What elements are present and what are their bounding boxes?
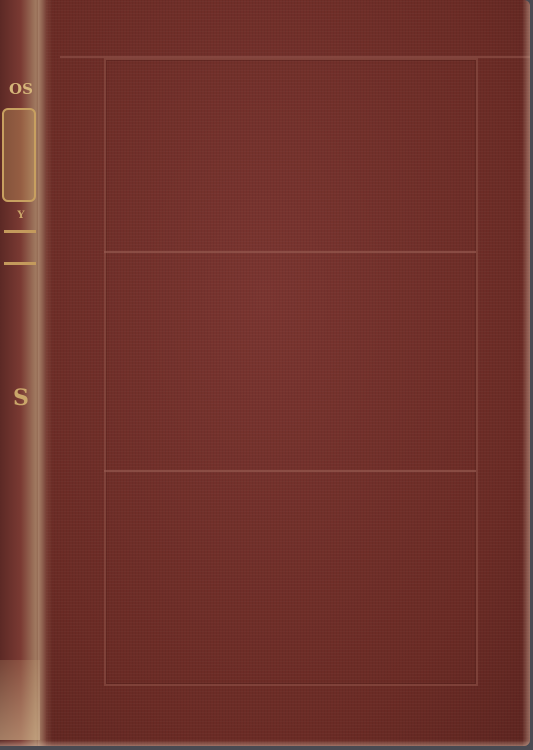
spine-gilt-label	[2, 108, 36, 202]
blind-rule-upper	[104, 251, 476, 253]
bottom-wear	[0, 740, 530, 746]
spine-hinge	[38, 0, 52, 746]
spine-rule	[4, 262, 36, 265]
spine-bottom-wear	[0, 660, 40, 740]
spine-text-lower: S	[4, 385, 38, 411]
spine-rule	[4, 230, 36, 233]
spine-text-mid: Y	[4, 210, 38, 221]
edge-wear	[522, 0, 530, 746]
book-cover: OS Y S	[0, 0, 530, 746]
blind-stamped-frame	[104, 58, 478, 686]
spine-title: OS	[4, 80, 38, 98]
blind-rule-lower	[104, 470, 476, 472]
